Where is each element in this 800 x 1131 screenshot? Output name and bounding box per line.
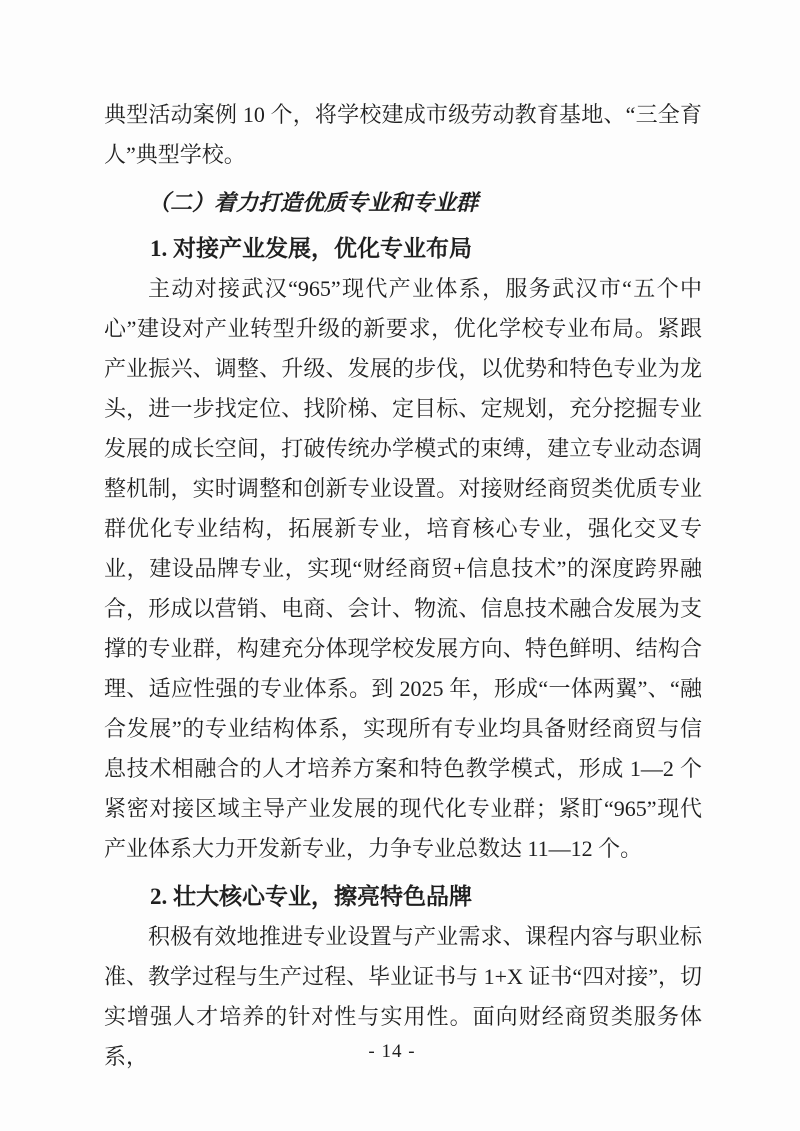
paragraph-body-1: 主动对接武汉“965”现代产业体系，服务武汉市“五个中心”建设对产业转型升级的新… (104, 269, 702, 869)
section-heading-2: （二）着力打造优质专业和专业群 (104, 183, 702, 223)
subsection-heading-1: 1. 对接产业发展，优化专业布局 (104, 229, 702, 269)
document-page: 典型活动案例 10 个，将学校建成市级劳动教育基地、“三全育人”典型学校。 （二… (0, 0, 800, 1131)
page-number: - 14 - (0, 1038, 784, 1066)
document-content: 典型活动案例 10 个，将学校建成市级劳动教育基地、“三全育人”典型学校。 （二… (104, 95, 702, 1077)
subsection-heading-2: 2. 壮大核心专业，擦亮特色品牌 (104, 877, 702, 917)
paragraph-continuation: 典型活动案例 10 个，将学校建成市级劳动教育基地、“三全育人”典型学校。 (104, 95, 702, 175)
